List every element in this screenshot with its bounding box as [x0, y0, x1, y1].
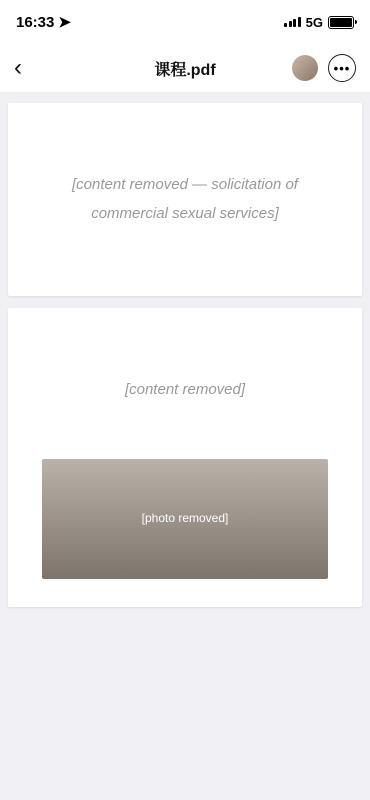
- clock: 16:33: [16, 14, 54, 31]
- more-menu-button[interactable]: •••: [328, 54, 356, 82]
- status-bar: 16:33 ➤ 5G: [0, 0, 370, 44]
- redacted-text: [content removed — solicitation of comme…: [42, 131, 328, 268]
- pdf-page-2: [content removed] [photo removed]: [8, 308, 362, 607]
- back-button[interactable]: ‹: [14, 56, 22, 80]
- redacted-text: [content removed]: [42, 336, 328, 445]
- avatar[interactable]: [292, 55, 318, 81]
- location-arrow-icon: ➤: [58, 13, 71, 31]
- document-scroll-area[interactable]: [content removed — solicitation of comme…: [0, 93, 370, 617]
- photo-placeholder: [photo removed]: [42, 459, 328, 579]
- signal-icon: [284, 17, 301, 27]
- document-title: 课程.pdf: [154, 57, 215, 80]
- pdf-viewer-header: ‹ 课程.pdf •••: [0, 44, 370, 93]
- battery-icon: [328, 16, 354, 29]
- pdf-page-1: [content removed — solicitation of comme…: [8, 103, 362, 296]
- network-label: 5G: [306, 15, 323, 30]
